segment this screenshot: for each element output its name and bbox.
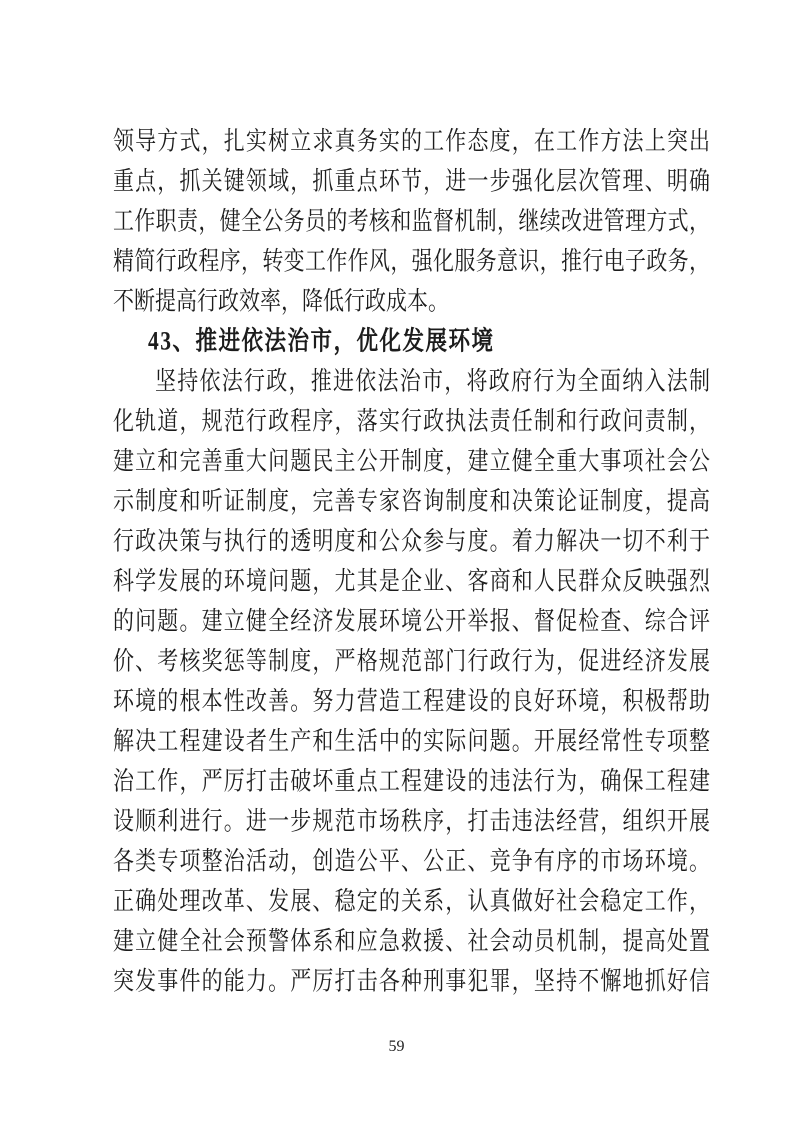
body-line: 突发事件的能力。严厉打击各种刑事犯罪，坚持不懈地抓好信 [113, 957, 710, 1006]
page-number: 59 [0, 1036, 793, 1058]
text-block: 领导方式，扎实树立求真务实的工作态度，在工作方法上突出 重点，抓关键领域，抓重点… [113, 121, 710, 1001]
document-page: 领导方式，扎实树立求真务实的工作态度，在工作方法上突出 重点，抓关键领域，抓重点… [0, 0, 793, 1122]
paragraph-1: 领导方式，扎实树立求真务实的工作态度，在工作方法上突出 重点，抓关键领域，抓重点… [113, 121, 710, 321]
paragraph-2: 坚持依法行政，推进依法治市，将政府行为全面纳入法制 化轨道，规范行政程序，落实行… [113, 361, 710, 1001]
